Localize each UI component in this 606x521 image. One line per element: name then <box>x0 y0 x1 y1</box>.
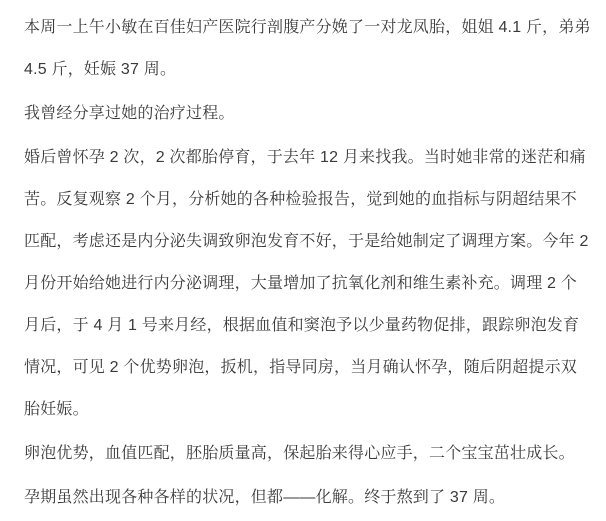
paragraph-treatment-history: 婚后曾怀孕 2 次，2 次都胎停育，于去年 12 月来找我。当时她非常的迷茫和痛… <box>24 137 592 431</box>
paragraph-birth-announcement: 本周一上午小敏在百佳妇产医院行剖腹产分娩了一对龙凤胎，姐姐 4.1 斤，弟弟 4… <box>24 7 592 91</box>
paragraph-intro: 我曾经分享过她的治疗过程。 <box>24 93 592 135</box>
article-body: 本周一上午小敏在百佳妇产医院行剖腹产分娩了一对龙凤胎，姐姐 4.1 斤，弟弟 4… <box>24 7 592 519</box>
article-page: 本周一上午小敏在百佳妇产医院行剖腹产分娩了一对龙凤胎，姐姐 4.1 斤，弟弟 4… <box>0 0 606 521</box>
paragraph-conclusion: 孕期虽然出现各种各样的状况，但都——化解。终于熬到了 37 周。 <box>24 477 592 519</box>
paragraph-pregnancy-quality: 卵泡优势，血值匹配，胚胎质量高，保起胎来得心应手，二个宝宝茁壮成长。 <box>24 433 592 475</box>
